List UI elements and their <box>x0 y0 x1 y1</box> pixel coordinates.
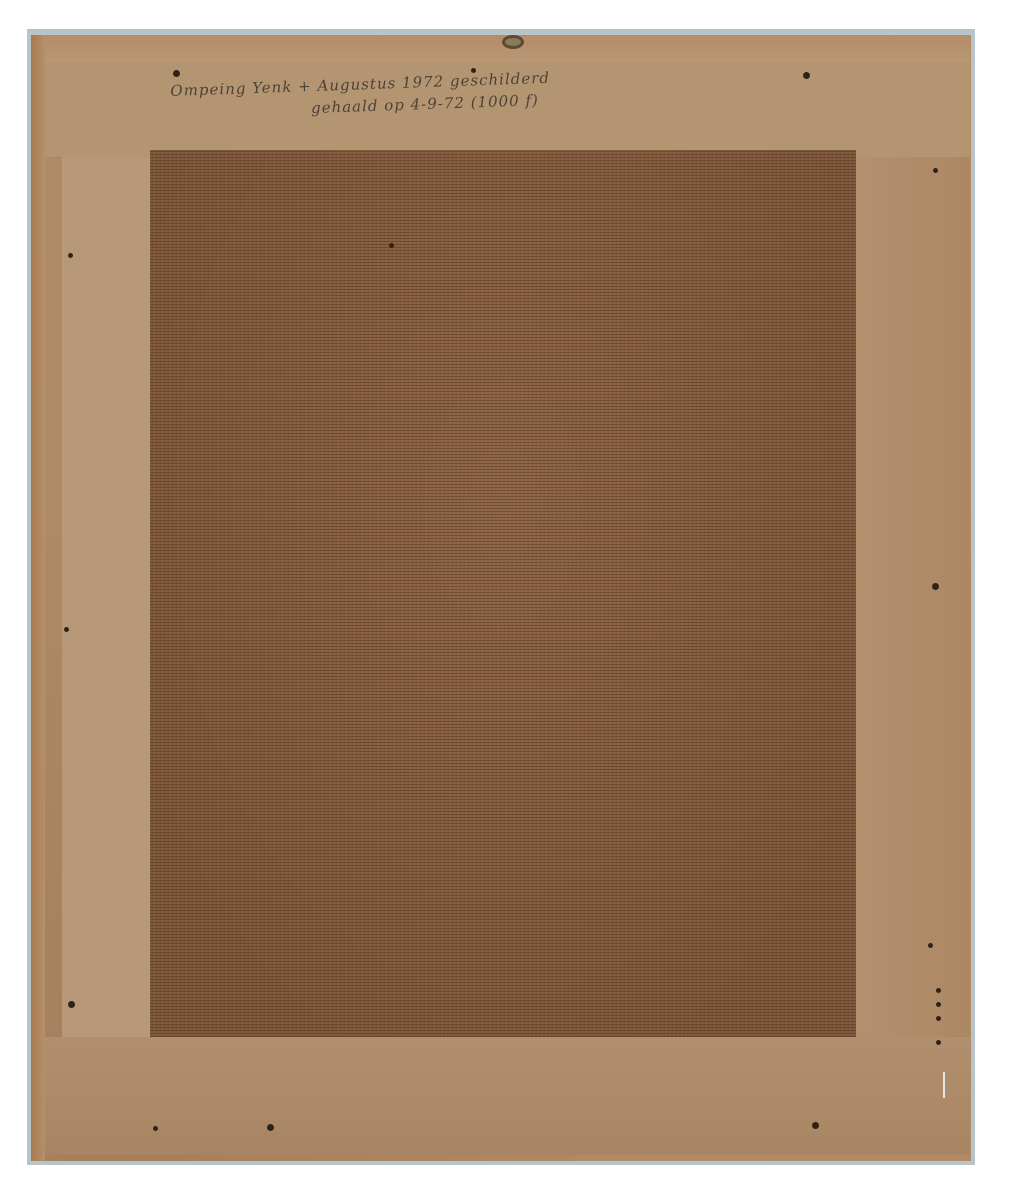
nail-hole-icon <box>153 1126 158 1131</box>
hanger-ring-icon <box>502 35 524 49</box>
nail-hole-icon <box>928 943 933 948</box>
nail-hole-icon <box>936 1016 941 1021</box>
tape-bottom <box>45 1037 970 1155</box>
nail-hole-icon <box>68 1001 75 1008</box>
nail-hole-icon <box>936 988 941 993</box>
nail-hole-icon <box>173 70 180 77</box>
staple-icon <box>943 1072 945 1098</box>
nail-hole-icon <box>936 1040 941 1045</box>
nail-hole-icon <box>932 583 939 590</box>
tape-left <box>62 157 152 1037</box>
nail-hole-icon <box>936 1002 941 1007</box>
tape-right <box>856 157 970 1037</box>
nail-hole-icon <box>812 1122 819 1129</box>
nail-hole-icon <box>64 627 69 632</box>
nail-hole-icon <box>267 1124 274 1131</box>
nail-hole-icon <box>803 72 810 79</box>
nail-hole-icon <box>933 168 938 173</box>
nail-hole-icon <box>471 68 476 73</box>
frame-left-edge <box>31 35 45 1161</box>
nail-hole-icon <box>68 253 73 258</box>
nail-hole-icon <box>389 243 394 248</box>
hardboard-panel <box>150 150 856 1037</box>
